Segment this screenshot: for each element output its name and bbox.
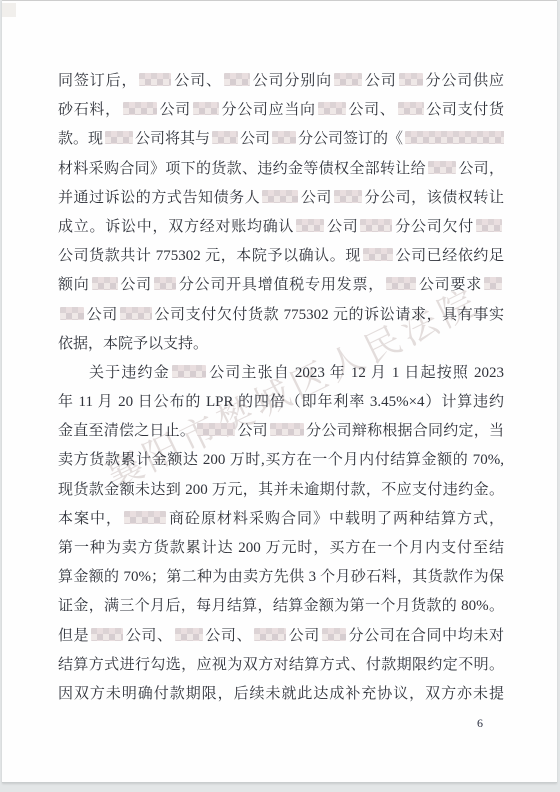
text-run: 分公司签订的《 [298,131,403,147]
text-run: 公司、 [348,102,396,118]
text-line: 依据，本院予以支持。 [58,330,504,359]
redaction-block [322,628,346,641]
text-line: 算金额的 70%；第二种为由卖方先供 3 个月砂石料，其货款作为保 [58,563,504,592]
text-run: 并通过诉讼的方式告知债务人 [58,190,260,206]
text-line: 因双方未明确付款期限，后续未就此达成补充协议，双方亦未提 [58,680,504,709]
text-run: 公司已经依约足 [395,248,504,264]
redaction-block [484,277,502,290]
redaction-block [172,365,206,378]
text-run: 公司 [159,102,191,118]
text-line: 公司公司支付欠付货款 775302 元的诉讼请求，具有事实 [58,301,504,330]
redaction-block [428,161,456,174]
redaction-block [212,131,238,144]
text-run: 公司要求 [418,277,482,293]
text-run: 公司 [240,131,270,147]
text-run: 分公司开具增值税专用发票， [178,277,384,293]
text-line: 成立。诉讼中，双方经对账均确认公司分公司欠付 [58,213,504,242]
text-line: 现货款金额未达到 200 万元，其并未逾期付款，不应支付违约金。 [58,476,504,505]
text-run: 算金额的 70%；第二种为由卖方先供 3 个月砂石料，其货款作为保 [58,569,504,585]
scanned-document-page: 襄阳市樊城区人民法院 同签订后，公司、公司分别向公司分公司供应砂石料，公司分公司… [2,0,557,783]
page-number: 6 [470,716,490,731]
text-run: 关于违约金 [89,365,170,381]
redaction-block [254,628,286,641]
text-line: 金直至清偿之日止。公司分公司辩称根据合同约定，当 [58,417,504,446]
redaction-block [386,277,416,290]
scan-corner-artifact [2,3,16,17]
text-run: 公司货款共计 775302 元，本院予以确认。现 [58,248,361,264]
redaction-block [262,190,298,203]
text-run: 但是 [58,628,89,644]
text-line: 第一种为卖方货款累计达 200 万元时，买方在一个月内支付至结 [58,534,504,563]
text-run: 卖方货款累计金额达 200 万时,买方在一个月内付结算金额的 70%, [58,452,504,468]
text-line: 证金，满三个月后，每月结算，结算金额为第一个月货款的 80%。 [58,592,504,621]
text-run: 公司 [288,628,320,644]
text-run: 公司 [237,423,268,439]
text-run: 依据，本院予以支持。 [58,336,208,352]
redaction-block [92,277,118,290]
text-run: 成立。诉讼中，双方经对账均确认 [58,219,294,235]
text-run: 分公司辩称根据合同约定，当 [306,423,504,439]
redaction-block [60,307,84,320]
text-run: 分公司欠付 [394,219,474,235]
text-run: 公司主张自 2023 年 12 月 1 日起按照 2023 [208,365,504,381]
redaction-block [334,190,362,203]
text-line: 卖方货款累计金额达 200 万时,买方在一个月内付结算金额的 70%, [58,446,504,475]
redaction-block [175,628,203,641]
text-run: 公司 [364,73,397,89]
text-run: 年 11 月 20 日公布的 LPR 的四倍（即年利率 3.45%×4）计算违约 [58,394,504,410]
text-line: 关于违约金公司主张自 2023 年 12 月 1 日起按照 2023 [58,359,504,388]
redaction-block [193,102,219,115]
redaction-block [360,219,392,232]
text-line: 款。现公司将其与公司分公司签订的《 [58,125,504,154]
text-line: 额向公司分公司开具增值税专用发票，公司要求 [58,271,504,300]
text-run: 公司， [458,161,504,177]
text-line: 但是公司、公司、公司分公司在合同中均未对 [58,622,504,651]
redaction-block [318,102,346,115]
text-run: 公司 [120,277,152,293]
text-run: 公司分别向 [252,73,332,89]
text-run: 公司 [300,190,332,206]
text-run: 公司、 [205,628,252,644]
text-run: 材料采购合同》项下的货款、违约金等债权全部转让给 [58,161,426,177]
redaction-block [405,131,504,144]
text-line: 材料采购合同》项下的货款、违约金等债权全部转让给公司， [58,155,504,184]
text-run: 公司 [326,219,358,235]
text-run: 金直至清偿之日止。 [58,423,195,439]
text-run: 砂石料， [58,102,121,118]
redaction-block [120,307,152,320]
text-run: 第一种为卖方货款累计达 200 万元时，买方在一个月内支付至结 [58,540,504,556]
text-run: 商砼原材料采购合同》中载明了两种结算方式， [168,511,504,527]
text-run: 现货款金额未达到 200 万元，其并未逾期付款，不应支付违约金。 [58,482,504,498]
text-run: 同签订后， [58,73,137,89]
text-line: 砂石料，公司分公司应当向公司、公司支付货 [58,96,504,125]
redaction-block [123,102,157,115]
text-line: 同签订后，公司、公司分别向公司分公司供应 [58,67,504,96]
text-run: 因双方未明确付款期限，后续未就此达成补充协议，双方亦未提 [58,686,504,702]
text-run: 公司支付货 [426,102,504,118]
redaction-block [91,628,123,641]
text-run: 本案中， [58,511,122,527]
text-run: 分公司在合同中均未对 [348,628,504,644]
text-run: 分公司，该债权转让 [364,190,504,206]
document-lines: 同签订后，公司、公司分别向公司分公司供应砂石料，公司分公司应当向公司、公司支付货… [58,67,504,709]
text-line: 年 11 月 20 日公布的 LPR 的四倍（即年利率 3.45%×4）计算违约 [58,388,504,417]
redaction-block [224,73,250,86]
redaction-block [139,73,171,86]
text-run: 结算方式进行勾选，应视为双方对结算方式、付款期限约定不明。 [58,657,504,673]
text-run: 公司将其与 [135,131,210,147]
redaction-block [124,511,166,524]
text-run: 公司 [86,307,118,323]
text-run: 公司支付欠付货款 775302 元的诉讼请求，具有事实 [154,307,504,323]
text-run: 额向 [58,277,90,293]
text-line: 并通过诉讼的方式告知债务人公司分公司，该债权转让 [58,184,504,213]
redaction-block [334,73,362,86]
redaction-block [270,423,304,436]
redaction-block [272,131,296,144]
text-run: 证金，满三个月后，每月结算，结算金额为第一个月货款的 80%。 [58,598,504,614]
text-run: 公司、 [125,628,172,644]
redaction-block [399,73,423,86]
text-run: 款。现 [58,131,103,147]
redaction-block [197,423,235,436]
redaction-block [296,219,324,232]
text-line: 公司货款共计 775302 元，本院予以确认。现公司已经依约足 [58,242,504,271]
text-line: 本案中，商砼原材料采购合同》中载明了两种结算方式， [58,505,504,534]
redaction-block [154,277,176,290]
redaction-block [105,131,133,144]
redaction-block [398,102,424,115]
text-run: 分公司应当向 [221,102,316,118]
text-run: 分公司供应 [425,73,504,89]
text-line: 结算方式进行勾选，应视为双方对结算方式、付款期限约定不明。 [58,651,504,680]
text-run: 公司、 [173,73,221,89]
redaction-block [363,248,393,261]
redaction-block [476,219,502,232]
